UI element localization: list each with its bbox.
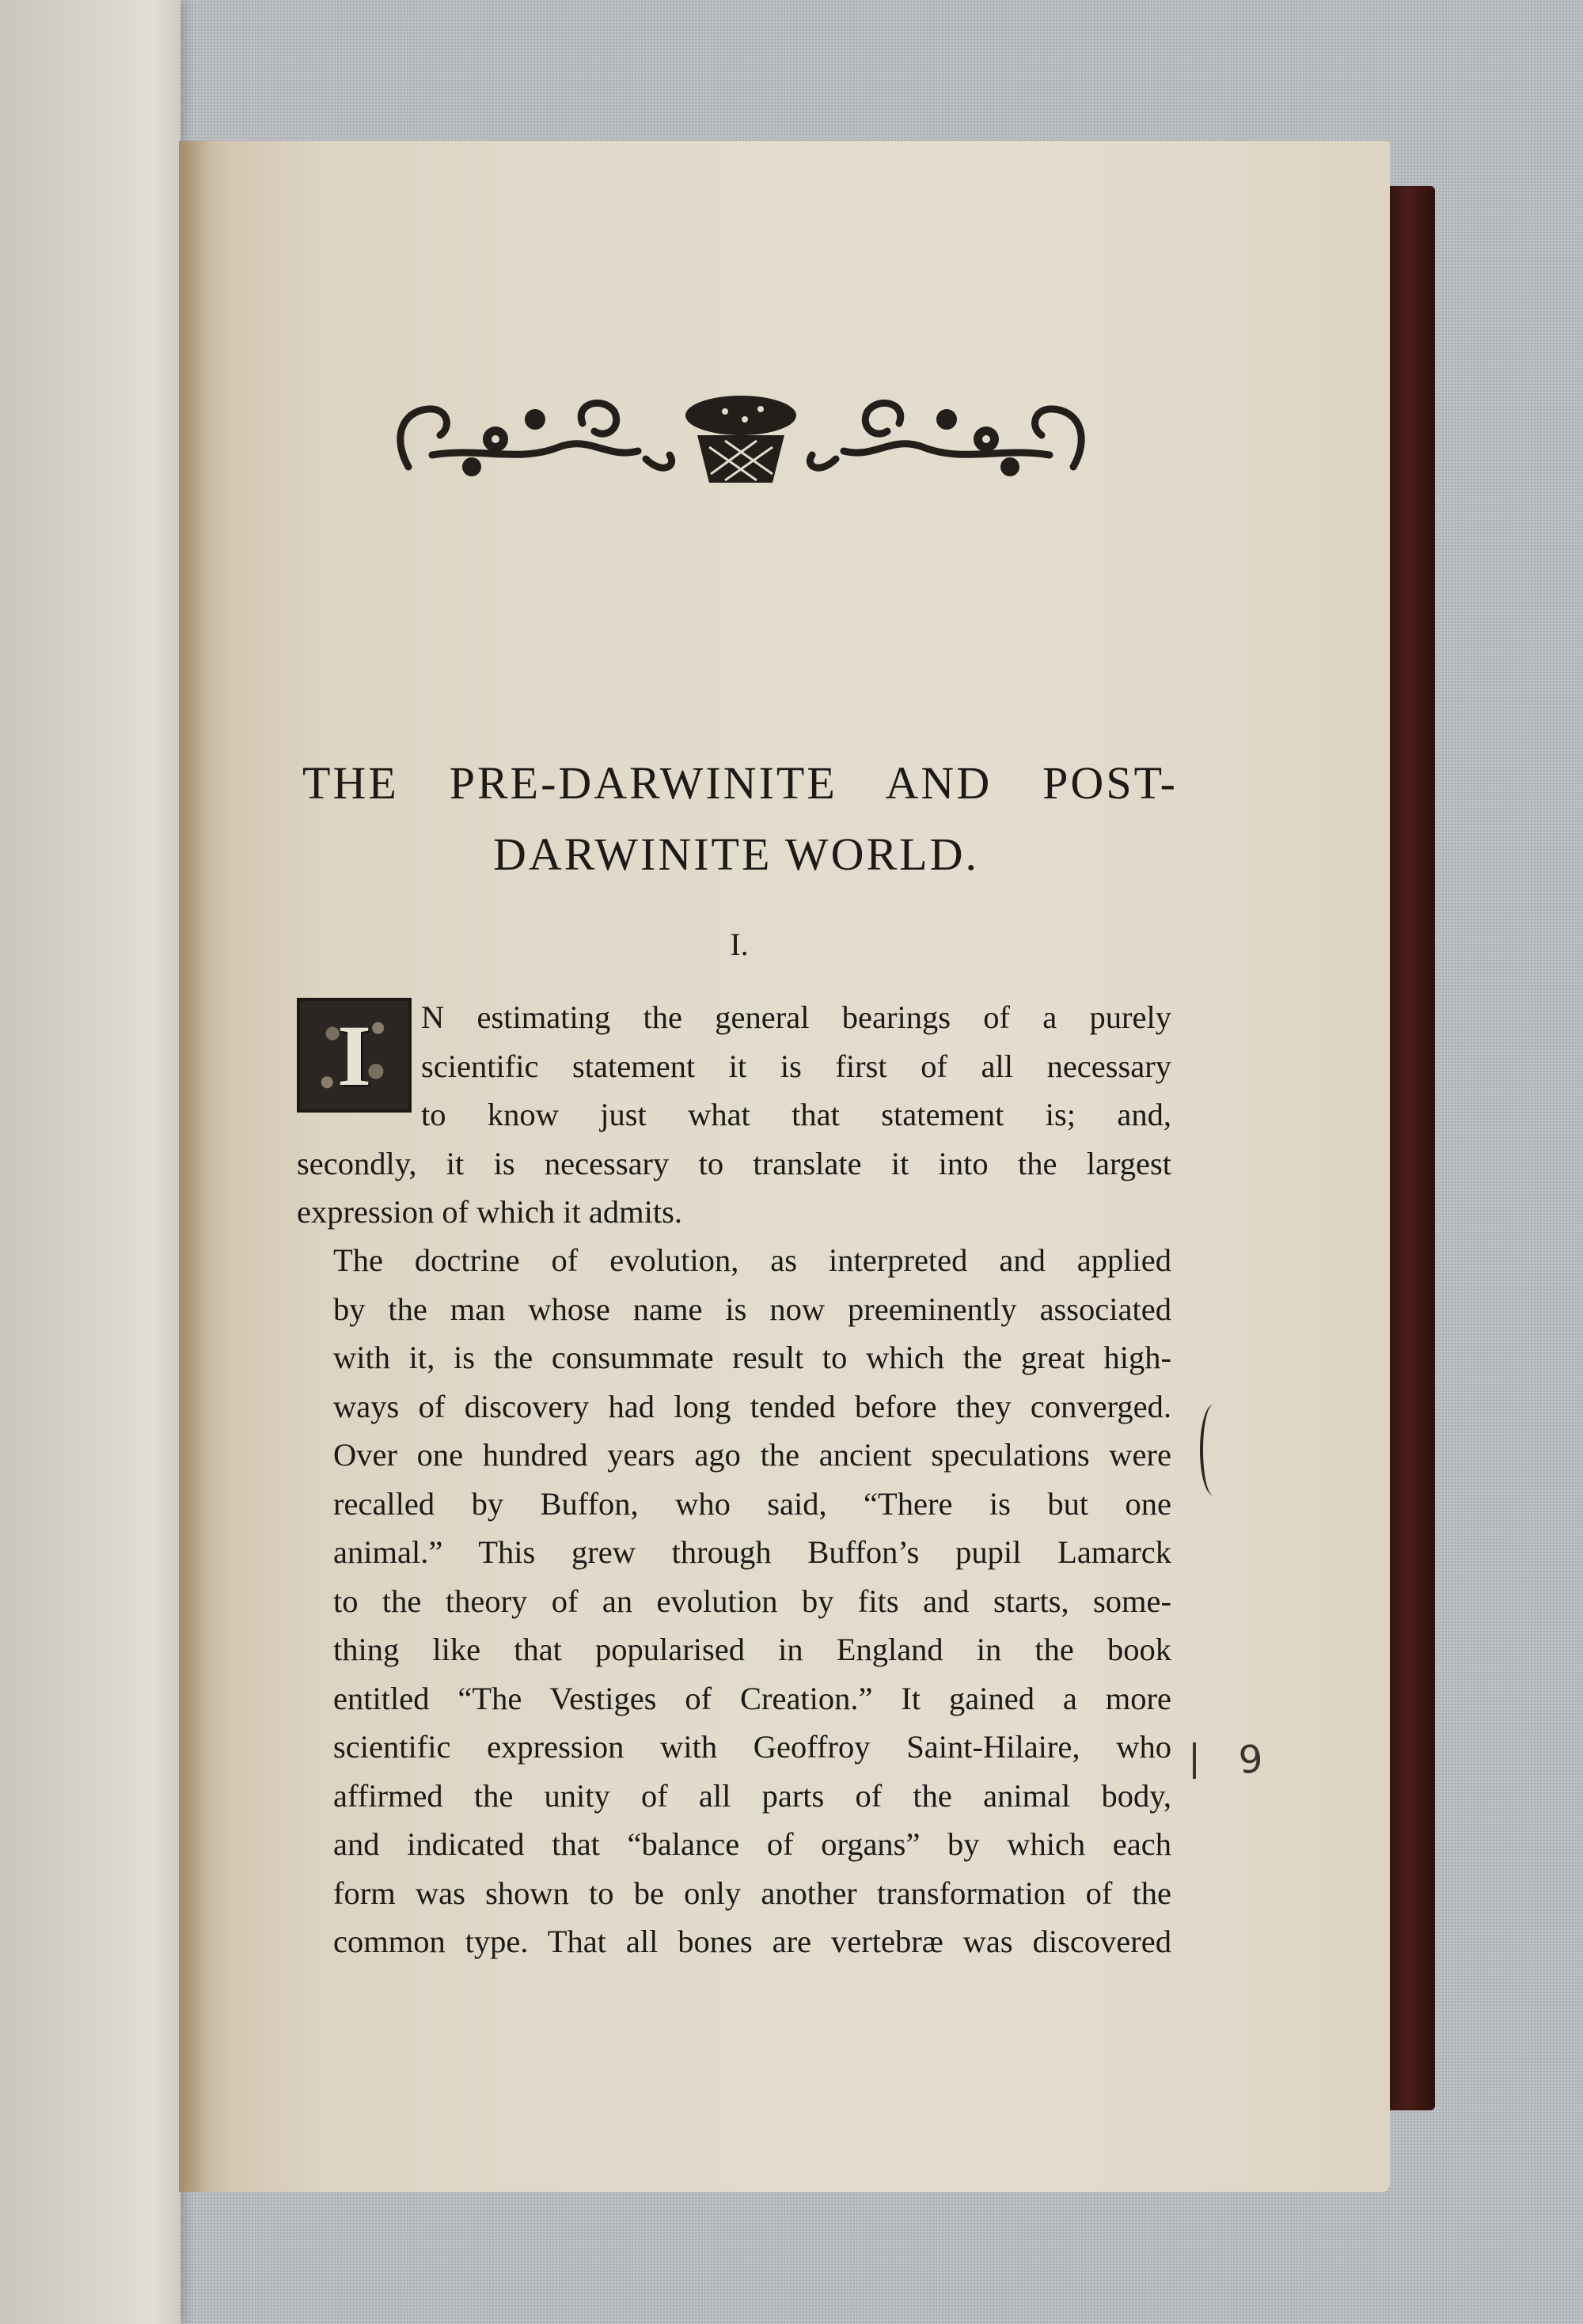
pencil-margin-line xyxy=(1193,1742,1196,1779)
text-line: thing like that popularised in England i… xyxy=(297,1625,1171,1674)
text-line: with it, is the consummate result to whi… xyxy=(297,1333,1171,1382)
text-line: N estimating the general bearings of a p… xyxy=(297,993,1171,1042)
text-line: entitled “The Vestiges of Creation.” It … xyxy=(297,1674,1171,1723)
chapter-title: THE PRE-DARWINITE AND POST- DARWINITE WO… xyxy=(285,748,1187,890)
floral-headpiece-icon xyxy=(385,392,1097,487)
drop-cap-ornamental-initial: I xyxy=(297,998,412,1113)
text-line: The doctrine of evolution, as interprete… xyxy=(297,1236,1171,1285)
section-number: I. xyxy=(0,926,1479,963)
drop-cap-letter: I xyxy=(300,1001,408,1109)
text-line: expression of which it admits. xyxy=(297,1188,1171,1237)
text-line: ways of discovery had long tended before… xyxy=(297,1382,1171,1431)
paragraph-2: The doctrine of evolution, as interprete… xyxy=(297,1236,1171,1966)
text-line: affirmed the unity of all parts of the a… xyxy=(297,1772,1171,1821)
text-line: form was shown to be only another transf… xyxy=(297,1869,1171,1918)
text-line: and indicated that “balance of organs” b… xyxy=(297,1820,1171,1869)
text-line: scientific expression with Geoffroy Sain… xyxy=(297,1723,1171,1772)
paragraph-1: I N estimating the general bearings of a… xyxy=(297,993,1171,1237)
chapter-title-line-1: THE PRE-DARWINITE AND POST- xyxy=(285,748,1187,819)
text-line: recalled by Buffon, who said, “There is … xyxy=(297,1480,1171,1529)
text-line: secondly, it is necessary to translate i… xyxy=(297,1139,1171,1189)
gutter-shadow xyxy=(179,141,211,2192)
text-line: by the man whose name is now preeminentl… xyxy=(297,1285,1171,1334)
text-line: Over one hundred years ago the ancient s… xyxy=(297,1431,1171,1480)
text-line: animal.” This grew through Buffon’s pupi… xyxy=(297,1528,1171,1577)
text-line: to know just what that statement is; and… xyxy=(297,1090,1171,1139)
facing-left-page xyxy=(0,0,180,2324)
text-line: to the theory of an evolution by fits an… xyxy=(297,1577,1171,1626)
text-line: scientific statement it is first of all … xyxy=(297,1042,1171,1091)
pencil-margin-number: 9 xyxy=(1237,1737,1264,1783)
text-line: common type. That all bones are vertebræ… xyxy=(297,1917,1171,1966)
pencil-margin-bracket xyxy=(1200,1405,1227,1496)
chapter-title-line-2: DARWINITE WORLD. xyxy=(285,819,1187,890)
